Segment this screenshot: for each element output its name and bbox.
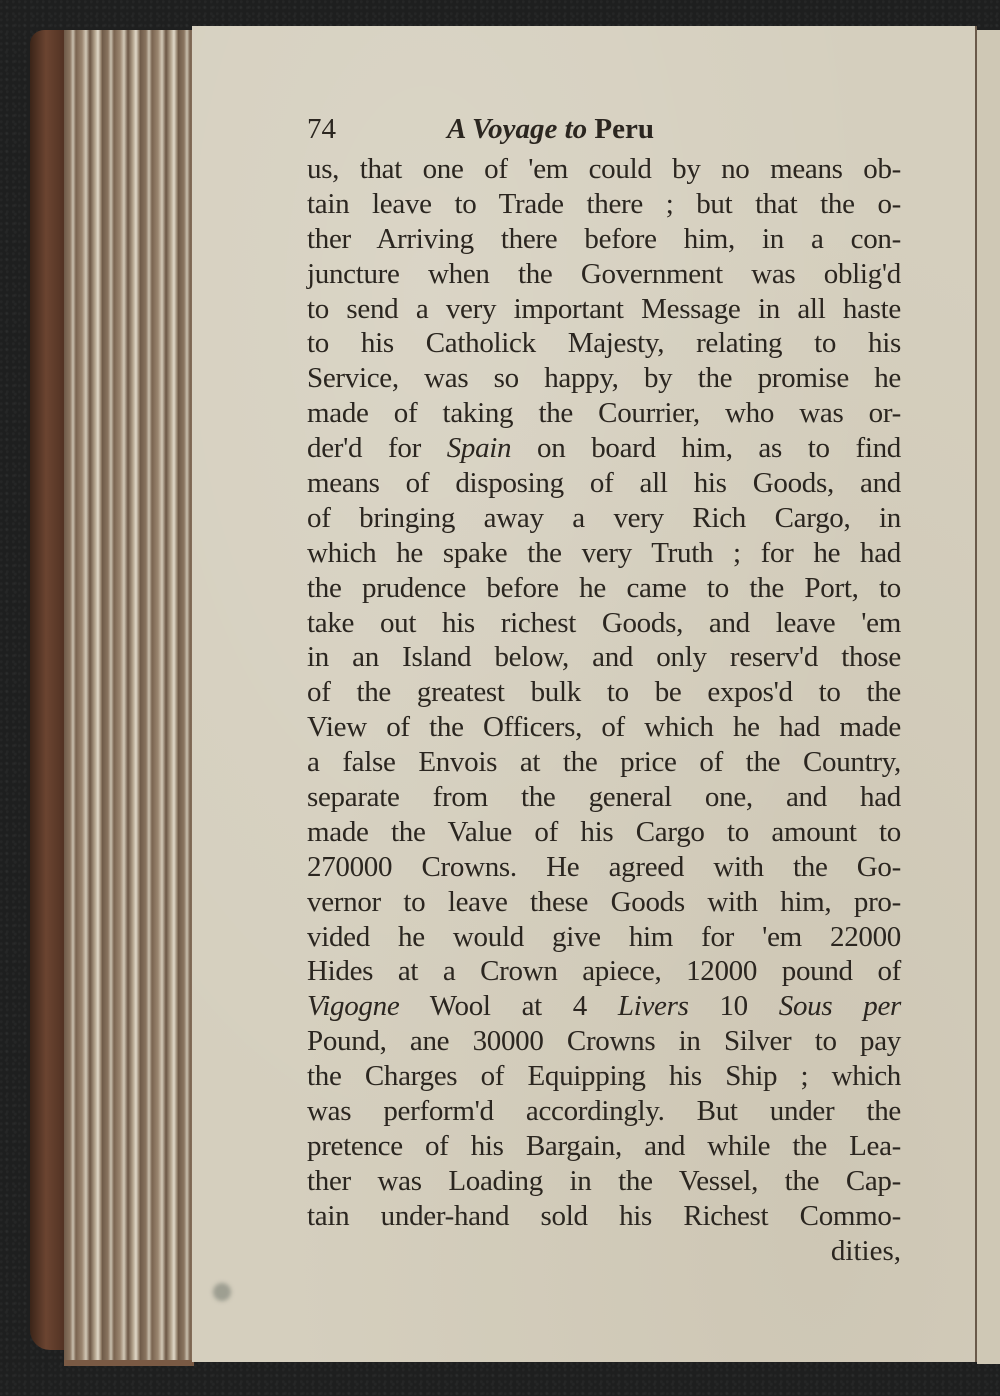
text-segment: juncture when the Government was oblig'd	[307, 258, 901, 290]
text-line: Vigogne Wool at 4 Livers 10 Sous per	[307, 989, 901, 1024]
ink-smudge	[213, 1283, 231, 1301]
italic-text: Vigogne	[307, 990, 399, 1022]
text-segment: der'd for	[307, 432, 447, 464]
text-line: Hides at a Crown apiece, 12000 pound of	[307, 954, 901, 989]
text-line: juncture when the Government was oblig'd	[307, 257, 901, 292]
text-segment: made of taking the Courrier, who was or-	[307, 397, 901, 429]
text-line: separate from the general one, and had	[307, 780, 901, 815]
text-segment: us, that one of 'em could by no means ob…	[307, 153, 901, 185]
text-segment: to send a very important Message in all …	[307, 293, 901, 325]
text-line: tain leave to Trade there ; but that the…	[307, 187, 901, 222]
text-line: made of taking the Courrier, who was or-	[307, 396, 901, 431]
text-line: 270000 Crowns. He agreed with the Go-	[307, 850, 901, 885]
text-line: made the Value of his Cargo to amount to	[307, 815, 901, 850]
text-segment: Hides at a Crown apiece, 12000 pound of	[307, 955, 901, 987]
text-segment: Service, was so happy, by the promise he	[307, 362, 901, 394]
text-line: pretence of his Bargain, and while the L…	[307, 1129, 901, 1164]
text-line: in an Island below, and only reserv'd th…	[307, 640, 901, 675]
text-line: the prudence before he came to the Port,…	[307, 571, 901, 606]
text-line: of the greatest bulk to be expos'd to th…	[307, 675, 901, 710]
text-line: take out his richest Goods, and leave 'e…	[307, 606, 901, 641]
italic-text: Spain	[447, 432, 512, 464]
text-line: which he spake the very Truth ; for he h…	[307, 536, 901, 571]
text-segment: ther Arriving there before him, in a con…	[307, 223, 901, 255]
text-segment: the prudence before he came to the Port,…	[307, 572, 901, 604]
page-number: 74	[307, 106, 336, 152]
facing-page-edge	[977, 30, 1000, 1364]
text-line: means of disposing of all his Goods, and	[307, 466, 901, 501]
text-line: vided he would give him for 'em 22000	[307, 920, 901, 955]
text-segment: the Charges of Equipping his Ship ; whic…	[307, 1060, 901, 1092]
text-segment: take out his richest Goods, and leave 'e…	[307, 607, 901, 639]
running-head-italic: A Voyage to	[447, 113, 587, 145]
text-segment: in an Island below, and only reserv'd th…	[307, 641, 901, 673]
text-line: vernor to leave these Goods with him, pr…	[307, 885, 901, 920]
text-segment: tain under-hand sold his Richest Commo-	[307, 1200, 901, 1232]
text-line: to send a very important Message in all …	[307, 292, 901, 327]
text-line: us, that one of 'em could by no means ob…	[307, 152, 901, 187]
text-segment: Wool at 4	[399, 990, 617, 1022]
text-line: a false Envois at the price of the Count…	[307, 745, 901, 780]
text-segment: on board him, as to find	[511, 432, 901, 464]
body-text: us, that one of 'em could by no means ob…	[307, 152, 901, 1234]
text-segment: means of disposing of all his Goods, and	[307, 467, 901, 499]
italic-text: Livers	[618, 990, 689, 1022]
text-segment: tain leave to Trade there ; but that the…	[307, 188, 901, 220]
text-segment: was perform'd accordingly. But under the	[307, 1095, 901, 1127]
italic-text: Sous per	[779, 990, 901, 1022]
text-segment: of the greatest bulk to be expos'd to th…	[307, 676, 901, 708]
page-fore-edge-stack	[64, 30, 194, 1366]
text-segment: vided he would give him for 'em 22000	[307, 921, 901, 953]
text-segment: of bringing away a very Rich Cargo, in	[307, 502, 901, 534]
text-segment: 10	[689, 990, 779, 1022]
text-line: ther was Loading in the Vessel, the Cap-	[307, 1164, 901, 1199]
text-line: tain under-hand sold his Richest Commo-	[307, 1199, 901, 1234]
text-segment: separate from the general one, and had	[307, 781, 901, 813]
text-segment: which he spake the very Truth ; for he h…	[307, 537, 901, 569]
running-head: 74 A Voyage to Peru	[307, 106, 901, 152]
text-line: was perform'd accordingly. But under the	[307, 1094, 901, 1129]
running-head-roman: Peru	[594, 113, 654, 145]
text-line: der'd for Spain on board him, as to find	[307, 431, 901, 466]
text-segment: made the Value of his Cargo to amount to	[307, 816, 901, 848]
text-segment: View of the Officers, of which he had ma…	[307, 711, 901, 743]
text-segment: 270000 Crowns. He agreed with the Go-	[307, 851, 901, 883]
text-segment: a false Envois at the price of the Count…	[307, 746, 901, 778]
text-line: Pound, ane 30000 Crowns in Silver to pay	[307, 1024, 901, 1059]
text-segment: Pound, ane 30000 Crowns in Silver to pay	[307, 1025, 901, 1057]
text-line: to his Catholick Majesty, relating to hi…	[307, 326, 901, 361]
text-line: the Charges of Equipping his Ship ; whic…	[307, 1059, 901, 1094]
text-segment: to his Catholick Majesty, relating to hi…	[307, 327, 901, 359]
text-segment: vernor to leave these Goods with him, pr…	[307, 886, 901, 918]
text-line: Service, was so happy, by the promise he	[307, 361, 901, 396]
catchword: dities,	[307, 1234, 901, 1269]
text-line: ther Arriving there before him, in a con…	[307, 222, 901, 257]
text-line: of bringing away a very Rich Cargo, in	[307, 501, 901, 536]
page-text-block: 74 A Voyage to Peru us, that one of 'em …	[307, 106, 901, 1269]
text-segment: pretence of his Bargain, and while the L…	[307, 1130, 901, 1162]
text-segment: ther was Loading in the Vessel, the Cap-	[307, 1165, 901, 1197]
text-line: View of the Officers, of which he had ma…	[307, 710, 901, 745]
running-head-title: A Voyage to Peru	[447, 106, 654, 152]
